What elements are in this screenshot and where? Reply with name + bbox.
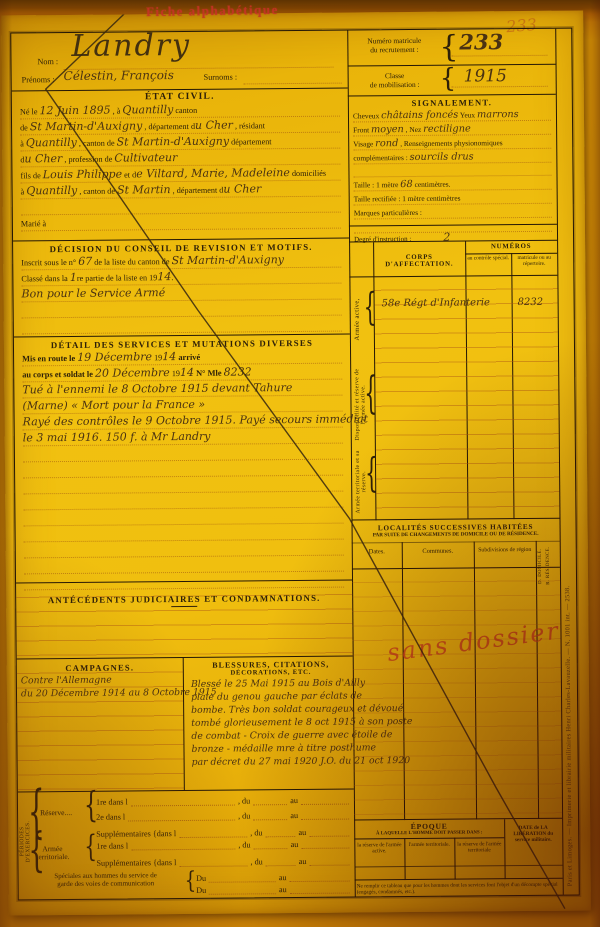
epoque-note-text: Ne remplir ce tableau que pour les homme… xyxy=(357,882,561,896)
armee-active-label: Armée active, xyxy=(353,286,361,352)
corps-table: CORPS D'AFFECTATION. NUMÉROS au contrôle… xyxy=(349,241,559,521)
handwritten-text: le 3 mai 1916. 150 f. à Mr Landry xyxy=(23,430,211,445)
printed-text: Cheveux xyxy=(353,111,381,120)
matricule-entry: 8232 xyxy=(518,297,544,308)
printed-text: Front xyxy=(353,125,371,134)
blessures-text: Blessé le 25 Mai 1915 au Bois d'Aillypla… xyxy=(191,676,352,768)
matricule-label-2: du recrutement : xyxy=(351,45,437,55)
printed-text: , département d xyxy=(142,122,195,131)
handwritten-text: Quantilly xyxy=(26,184,77,197)
reserve-row-1: 1re dans l, duau xyxy=(96,790,352,807)
decision-section: DÉCISION DU CONSEIL DE REVISION ET MOTIF… xyxy=(13,239,350,338)
epoque-col-3: la réserve de l'armée territoriale xyxy=(455,841,503,853)
antecedents-section: ANTÉCÉDENTS JUDICIAIRES ET CONDAMNATIONS… xyxy=(16,581,353,660)
corps-entry: 58e Régt d'Infanterie xyxy=(382,297,490,309)
brace-icon: { xyxy=(84,828,97,864)
handwritten-text: rond xyxy=(375,138,398,149)
epoque-col-1: la réserve de l'armée active. xyxy=(355,842,403,854)
territoriale-label-2: territoriale. xyxy=(36,852,69,861)
blessures-cell: BLESSURES, CITATIONS, DÉCORATIONS, ETC. … xyxy=(185,657,354,791)
epoque-note: Ne remplir ce tableau que pour les homme… xyxy=(355,881,563,897)
text-line xyxy=(22,316,342,335)
printed-text: , profession de xyxy=(62,155,114,164)
reserve-label: Réserve.... xyxy=(40,808,72,817)
epoque-subtitle: À LAQUELLE L'HOMME DOIT PASSER DANS : xyxy=(354,830,504,836)
text-line: par décret du 27 mai 1920 J.O. du 21 oct… xyxy=(192,754,352,768)
numeros-title: NUMÉROS xyxy=(467,243,555,251)
handwritten-text: (Marne) « Mort pour la France » xyxy=(22,398,205,413)
printed-text: Taille : 1 mètre xyxy=(354,181,401,190)
printed-text: , résidant xyxy=(233,121,265,130)
brace-icon: { xyxy=(364,366,377,419)
handwritten-text: 14 xyxy=(180,366,194,379)
services-section: DÉTAIL DES SERVICES ET MUTATIONS DIVERSE… xyxy=(14,335,352,584)
printed-text: complémentaires : xyxy=(353,153,409,162)
matricule-col-title: matricule ou au répertoire. xyxy=(512,255,556,267)
handwritten-text: Bon pour le Service Armé xyxy=(21,286,165,300)
handwritten-text: Tué à l'ennemi le 8 Octobre 1915 devant … xyxy=(22,381,292,396)
printed-text: Taille rectifiée : 1 mètre centimètres xyxy=(354,194,461,204)
printed-text: Mis en route le xyxy=(22,354,77,363)
printed-text: arrivé xyxy=(176,353,200,362)
territoriale-row-1: 1re dans l, duau xyxy=(96,834,352,851)
degre-row: Degré d'instruction : 2 xyxy=(349,225,557,243)
text-line: du 20 Décembre 1914 au 8 Octobre 1915 xyxy=(21,685,179,699)
name-box: Nom : Landry Prénoms : Célestin, Françoi… xyxy=(11,31,347,92)
handwritten-text: e Viltard, Marie, Madeleine xyxy=(136,166,290,180)
text-line: fils de Louis Philippe et de Viltard, Ma… xyxy=(20,165,340,184)
surnoms-rule xyxy=(244,83,342,85)
antecedents-title: ANTÉCÉDENTS JUDICIAIRES ET CONDAMNATIONS… xyxy=(16,593,352,606)
classe-label-2: de mobilisation : xyxy=(352,80,438,90)
printed-text: , canton de xyxy=(77,139,117,148)
marie-line: Marié à xyxy=(21,213,341,232)
prenoms-label: Prénoms : xyxy=(22,75,55,84)
printed-text: Visage xyxy=(353,139,375,148)
brace-icon: { xyxy=(440,64,457,94)
epoque-col-2: l'armée territoriale. xyxy=(405,842,453,848)
localites-table: LOCALITÉS SUCCESSIVES HABITÉES PAR SUITE… xyxy=(352,519,563,821)
printed-text: , Nez xyxy=(404,125,423,134)
etat-civil-text: Né le 12 Juin 1895 , à Quantilly cantond… xyxy=(20,101,341,216)
printed-text: Classé dans la xyxy=(21,274,70,283)
handwritten-text: u Cher xyxy=(195,119,233,132)
handwritten-text: St Martin xyxy=(117,183,171,196)
speciales-block: Spéciales aux hommes du service de garde… xyxy=(27,870,353,897)
handwritten-text: u Cher xyxy=(223,182,261,195)
handwritten-text: 19 Décembre xyxy=(77,350,152,364)
handwritten-text: Contre l'Allemagne xyxy=(21,675,112,687)
handwritten-text: 67 xyxy=(78,255,92,268)
printed-text: 19 xyxy=(152,353,162,362)
handwritten-text: 12 Juin 1895 xyxy=(39,104,110,118)
title-underline xyxy=(171,606,197,607)
handwritten-text: Louis Philippe xyxy=(43,168,122,182)
signalement-section: SIGNALEMENT. Cheveux châtains foncés Yeu… xyxy=(348,95,557,227)
prenoms-value: Célestin, François xyxy=(64,68,174,83)
printed-text: de la liste du canton de xyxy=(92,257,171,267)
speciales-label-2: garde des voies de communication xyxy=(27,879,185,888)
right-column: Numéro matricule du recrutement : { 233 … xyxy=(347,29,563,897)
handwritten-text: 14 xyxy=(157,270,171,283)
classe-box: Classe de mobilisation : { 1915 xyxy=(348,65,556,97)
handwritten-text: 14 xyxy=(162,350,176,363)
printed-text: . xyxy=(171,273,173,282)
handwritten-text: châtains foncés xyxy=(381,110,458,122)
photo-background: Fiche alphabétique 233 Nom : Landry Prén… xyxy=(0,0,600,927)
handwritten-text: rectiligne xyxy=(423,123,471,134)
classe-value: 1915 xyxy=(464,66,507,86)
nom-value: Landry xyxy=(71,28,191,64)
decision-text: Inscrit sous le n° 67 de la liste du can… xyxy=(21,252,342,335)
printed-text: centimètres. xyxy=(413,180,451,189)
handwritten-text: moyen xyxy=(371,124,404,135)
handwritten-text: St Martin-d'Auxigny xyxy=(117,135,230,149)
printed-text: , canton de xyxy=(77,187,117,196)
printed-text: département xyxy=(229,137,272,146)
handwritten-text: Cultivateur xyxy=(114,151,177,165)
brace-icon: { xyxy=(365,448,378,496)
campagnes-text: Contre l'Allemagnedu 20 Décembre 1914 au… xyxy=(21,672,179,699)
printed-text: , à xyxy=(111,107,123,116)
epoque-col-4: DATE de LA LIBÉRATION du service militai… xyxy=(506,825,560,843)
etat-civil-section: ÉTAT CIVIL. Né le 12 Juin 1895 , à Quant… xyxy=(12,89,349,242)
printed-text: Yeux xyxy=(458,110,477,119)
marie-label: Marié à xyxy=(21,219,46,228)
printed-text: domiciliés xyxy=(290,169,326,178)
epoque-table: ÉPOQUE À LAQUELLE L'HOMME DOIT PASSER DA… xyxy=(354,819,563,881)
record-sheet: 233 Nom : Landry Prénoms : Célestin, Fra… xyxy=(1,10,591,915)
handwritten-text: 68 xyxy=(400,179,413,190)
handwritten-text: u Cher xyxy=(24,152,62,165)
alphabetical-card-stamp: Fiche alphabétique xyxy=(146,2,279,20)
printed-text: Inscrit sous le n° xyxy=(21,258,78,267)
handwritten-text: marrons xyxy=(477,109,519,120)
dates-col: Dates. xyxy=(352,548,402,555)
campaigns-wounds-section: CAMPAGNES. Contre l'Allemagnedu 20 Décem… xyxy=(17,657,354,793)
printed-text: et d xyxy=(122,170,136,179)
matricule-box: Numéro matricule du recrutement : { 233 xyxy=(347,29,555,67)
signalement-text: Cheveux châtains foncés Yeux marronsFron… xyxy=(353,107,552,234)
printed-text: canton xyxy=(173,106,197,115)
printed-text: 19 xyxy=(170,369,180,378)
handwritten-text: Rayé des contrôles le 9 Octobre 1915. Pa… xyxy=(23,412,369,428)
printed-text: fils de xyxy=(20,171,42,180)
printed-text: re partie de la liste en 19 xyxy=(77,273,158,283)
nom-label: Nom : xyxy=(37,57,58,66)
printed-text: au corps et soldat le xyxy=(22,370,95,380)
handwritten-text: sourcils drus xyxy=(410,151,474,163)
speciales-row-2: Duau xyxy=(196,882,353,895)
periodes-section: PÉRIODES D'EXERCICES. { Réserve.... { 1r… xyxy=(18,790,355,900)
printed-text: Marques particulières : xyxy=(354,208,422,218)
brace-icon: { xyxy=(185,867,197,898)
territoriale-suppl-row: Supplémentaires{dans l, duau xyxy=(96,849,352,868)
handwritten-text: Quantilly xyxy=(26,136,77,149)
printed-text: de xyxy=(20,123,30,132)
printed-text: Né le xyxy=(20,107,40,116)
printed-text: , département d xyxy=(171,186,224,195)
reserve-row-2: 2e dans l, duau xyxy=(96,805,352,822)
handwritten-text: 8232 xyxy=(224,365,252,378)
left-column: Nom : Landry Prénoms : Célestin, Françoi… xyxy=(11,31,356,900)
handwritten-text: 20 Décembre xyxy=(95,366,170,380)
brace-icon: { xyxy=(439,30,458,65)
printed-text: N° Mle xyxy=(194,369,224,378)
subdivisions-col: Subdivisions de région xyxy=(474,547,536,554)
campagnes-cell: CAMPAGNES. Contre l'Allemagnedu 20 Décem… xyxy=(17,658,185,792)
matricule-value: 233 xyxy=(459,29,503,54)
localites-subtitle: PAR SUITE DE CHANGEMENTS DE DOMICILE OU … xyxy=(352,531,560,539)
handwritten-text: Quantilly xyxy=(122,103,173,116)
brace-icon: { xyxy=(363,283,376,329)
printer-imprint: Paris et Limoges. — Imprimerie et librai… xyxy=(564,586,574,887)
handwritten-text: St Martin-d'Auxigny xyxy=(30,119,143,133)
communes-col: Communes. xyxy=(402,547,474,555)
controle-col-title: au contrôle spécial. xyxy=(466,255,510,261)
speciales-row-1: Duau xyxy=(196,870,353,883)
form-frame: Nom : Landry Prénoms : Célestin, Françoi… xyxy=(10,28,580,901)
printed-text: , Renseignements physionomiques xyxy=(398,138,502,148)
surnoms-label: Surnoms : xyxy=(204,72,238,81)
services-text: Mis en route le 19 Décembre 1914 arrivéa… xyxy=(22,348,344,591)
handwritten-text: St Martin-d'Auxigny xyxy=(171,253,284,267)
corps-col-title: CORPS D'AFFECTATION. xyxy=(375,254,463,269)
